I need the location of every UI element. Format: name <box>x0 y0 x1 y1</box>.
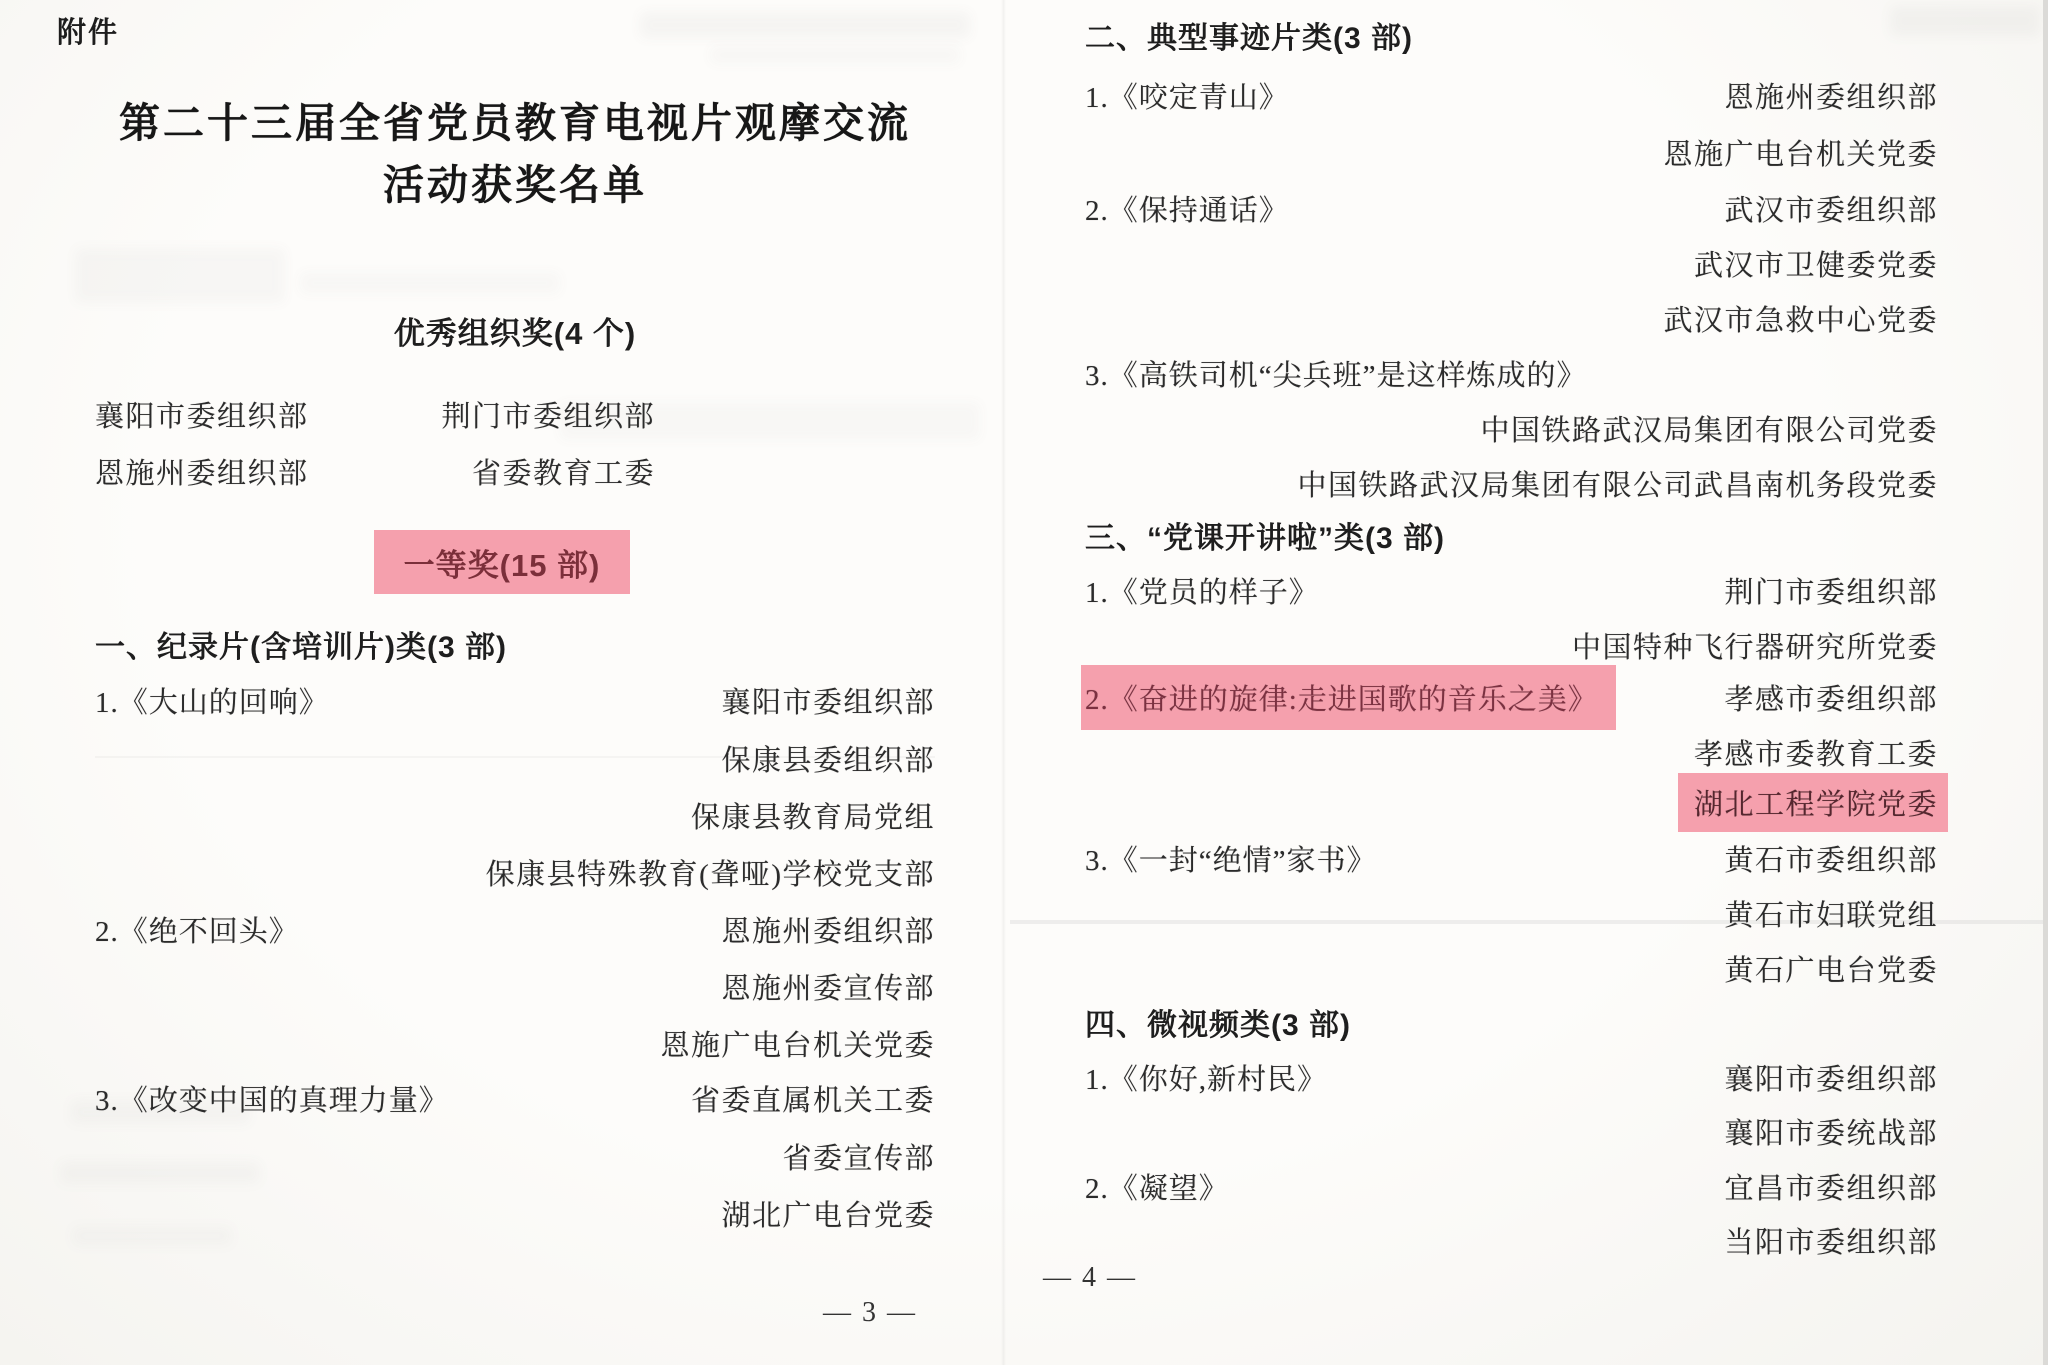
award-org: 省委直属机关工委 <box>691 1078 935 1119</box>
section-2-heading: 二、典型事迹片类(3 部) <box>1085 7 1938 63</box>
award-org: 荆门市委组织部 <box>1724 570 1938 611</box>
award-org: 黄石市妇联党组 <box>1724 893 1938 934</box>
award-item: 1.《你好,新村民》 襄阳市委组织部 <box>1085 1049 1938 1105</box>
award-org: 中国铁路武汉局集团有限公司武昌南机务段党委 <box>1297 463 1938 504</box>
org-award-winner: 荆门市委组织部 <box>441 394 655 435</box>
award-org: 恩施州委组织部 <box>1724 75 1938 116</box>
award-org: 襄阳市委统战部 <box>1724 1111 1938 1152</box>
award-item: 3.《改变中国的真理力量》 省委直属机关工委 <box>95 1070 935 1126</box>
award-org: 宜昌市委组织部 <box>1724 1166 1938 1207</box>
doc-title-line2: 活动获奖名单 <box>95 152 935 211</box>
award-item: 2.《凝望》 宜昌市委组织部 <box>1085 1158 1938 1214</box>
award-org-row: 恩施广电台机关党委 <box>1085 124 1938 180</box>
award-org: 恩施州委宣传部 <box>721 966 935 1007</box>
award-org: 襄阳市委组织部 <box>1724 1057 1938 1098</box>
award-item-title: 3.《一封“绝情”家书》 <box>1085 838 1377 879</box>
award-org: 孝感市委组织部 <box>1724 677 1938 718</box>
award-item: 1.《党员的样子》 荆门市委组织部 <box>1085 562 1938 618</box>
section-1-heading: 一、纪录片(含培训片)类(3 部) <box>95 616 935 672</box>
page-crease <box>1001 0 1006 1365</box>
award-org: 襄阳市委组织部 <box>721 680 935 721</box>
award-org: 恩施广电台机关党委 <box>660 1023 935 1064</box>
award-org-row: 湖北广电台党委 <box>95 1185 935 1241</box>
award-org: 保康县委组织部 <box>721 738 935 779</box>
award-item: 1.《大山的回响》 襄阳市委组织部 <box>95 672 935 728</box>
award-org: 黄石广电台党委 <box>1724 948 1938 989</box>
award-item-title-highlighted: 2.《奋进的旋律:走进国歌的音乐之美》 <box>1081 665 1616 730</box>
award-item-title: 1.《党员的样子》 <box>1085 570 1319 611</box>
award-item-title: 1.《咬定青山》 <box>1085 75 1289 116</box>
award-org-row: 黄石广电台党委 <box>1085 940 1938 996</box>
award-item: 1.《咬定青山》 恩施州委组织部 <box>1085 67 1938 123</box>
page-4: 二、典型事迹片类(3 部) 1.《咬定青山》 恩施州委组织部 恩施广电台机关党委… <box>1085 0 1938 1365</box>
award-org: 武汉市急救中心党委 <box>1663 298 1938 339</box>
first-prize-highlight: 一等奖(15 部) <box>374 530 630 594</box>
award-org-row: 武汉市卫健委党委 <box>1085 235 1938 291</box>
doc-title-line1: 第二十三届全省党员教育电视片观摩交流 <box>95 90 935 149</box>
award-org: 保康县教育局党组 <box>691 795 935 836</box>
award-item-title: 2.《保持通话》 <box>1085 188 1289 229</box>
award-org: 保康县特殊教育(聋哑)学校党支部 <box>486 852 935 893</box>
award-org: 武汉市卫健委党委 <box>1694 243 1938 284</box>
award-item-title: 2.《凝望》 <box>1085 1166 1229 1207</box>
award-org-row: 保康县教育局党组 <box>95 787 935 843</box>
award-org: 武汉市委组织部 <box>1724 188 1938 229</box>
award-org-row: 湖北工程学院党委 <box>1085 774 1938 830</box>
scan-edge <box>2043 0 2048 1365</box>
page-3: 第二十三届全省党员教育电视片观摩交流 活动获奖名单 优秀组织奖(4 个) 襄阳市… <box>95 0 935 1365</box>
org-award-row: 恩施州委组织部 省委教育工委 <box>95 443 655 499</box>
award-item: 3.《一封“绝情”家书》 黄石市委组织部 <box>1085 830 1938 886</box>
org-award-winner: 恩施州委组织部 <box>95 451 309 492</box>
section-3-heading: 三、“党课开讲啦”类(3 部) <box>1085 507 1938 563</box>
page-number-3: — 3 — <box>823 1297 917 1329</box>
award-item: 2.《绝不回头》 恩施州委组织部 <box>95 901 935 957</box>
award-org-row: 襄阳市委统战部 <box>1085 1103 1938 1159</box>
award-org: 当阳市委组织部 <box>1724 1220 1938 1261</box>
award-item-title: 1.《大山的回响》 <box>95 680 329 721</box>
award-item-title: 1.《你好,新村民》 <box>1085 1057 1327 1098</box>
page-number-4: — 4 — <box>1043 1262 1137 1294</box>
award-org-row: 省委宣传部 <box>95 1128 935 1184</box>
award-org: 中国铁路武汉局集团有限公司党委 <box>1480 408 1938 449</box>
award-org: 黄石市委组织部 <box>1724 838 1938 879</box>
award-org-row: 恩施州委宣传部 <box>95 958 935 1014</box>
org-award-winner: 襄阳市委组织部 <box>95 394 309 435</box>
award-item: 2.《保持通话》 武汉市委组织部 <box>1085 180 1938 236</box>
award-org-row: 中国铁路武汉局集团有限公司党委 <box>1085 400 1938 456</box>
award-org-row: 黄石市妇联党组 <box>1085 885 1938 941</box>
award-org: 恩施州委组织部 <box>721 909 935 950</box>
org-award-winner: 省委教育工委 <box>472 451 655 492</box>
award-org: 恩施广电台机关党委 <box>1663 132 1938 173</box>
award-org-row: 当阳市委组织部 <box>1085 1212 1938 1268</box>
org-award-heading: 优秀组织奖(4 个) <box>95 302 935 358</box>
section-4-heading: 四、微视频类(3 部) <box>1085 994 1938 1050</box>
award-item-title: 3.《改变中国的真理力量》 <box>95 1078 449 1119</box>
award-item-title: 2.《绝不回头》 <box>95 909 299 950</box>
award-org-row: 保康县委组织部 <box>95 730 935 786</box>
award-org-row: 中国铁路武汉局集团有限公司武昌南机务段党委 <box>1085 455 1938 511</box>
award-org-row: 武汉市急救中心党委 <box>1085 290 1938 346</box>
award-org-row: 恩施广电台机关党委 <box>95 1015 935 1071</box>
award-item: 2.《奋进的旋律:走进国歌的音乐之美》 孝感市委组织部 <box>1085 669 1938 725</box>
award-org: 孝感市委教育工委 <box>1694 732 1938 773</box>
award-org: 省委宣传部 <box>782 1136 935 1177</box>
award-item: 3.《高铁司机“尖兵班”是这样炼成的》 <box>1085 345 1938 401</box>
first-prize-heading: 一等奖(15 部) <box>404 540 601 585</box>
award-org-row: 保康县特殊教育(聋哑)学校党支部 <box>95 844 935 900</box>
scanned-document: 附件 第二十三届全省党员教育电视片观摩交流 活动获奖名单 优秀组织奖(4 个) … <box>0 0 2048 1365</box>
award-org: 湖北广电台党委 <box>721 1193 935 1234</box>
award-item-title: 3.《高铁司机“尖兵班”是这样炼成的》 <box>1085 353 1587 394</box>
award-org-highlighted: 湖北工程学院党委 <box>1678 773 1948 832</box>
award-org: 中国特种飞行器研究所党委 <box>1572 625 1938 666</box>
org-award-row: 襄阳市委组织部 荆门市委组织部 <box>95 386 655 442</box>
